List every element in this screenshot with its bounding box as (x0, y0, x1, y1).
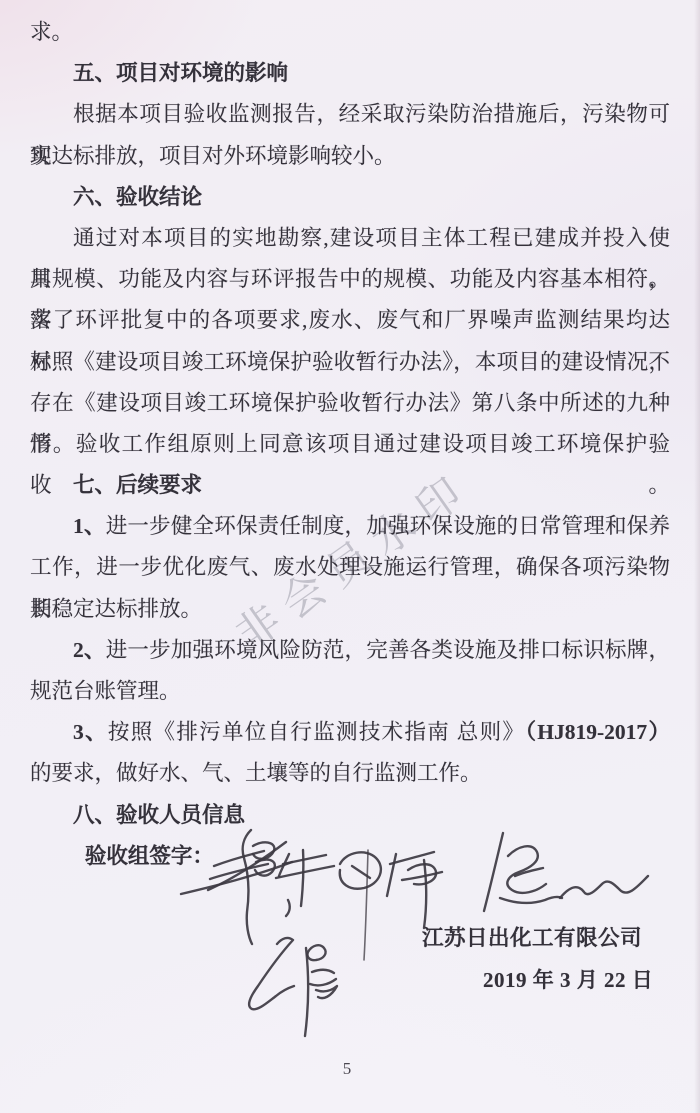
handwritten-signature-1 (181, 830, 292, 944)
handwritten-signature-3 (249, 938, 337, 1036)
handwritten-signature-2 (276, 850, 442, 960)
scanned-document-page: 非会员水印 求。 五、项目对环境的影响 根据本项目验收监测报告，经采取污染防治措… (0, 0, 700, 1113)
handwritten-signature-right (484, 833, 648, 911)
handwritten-signatures-overlay (0, 0, 700, 1113)
